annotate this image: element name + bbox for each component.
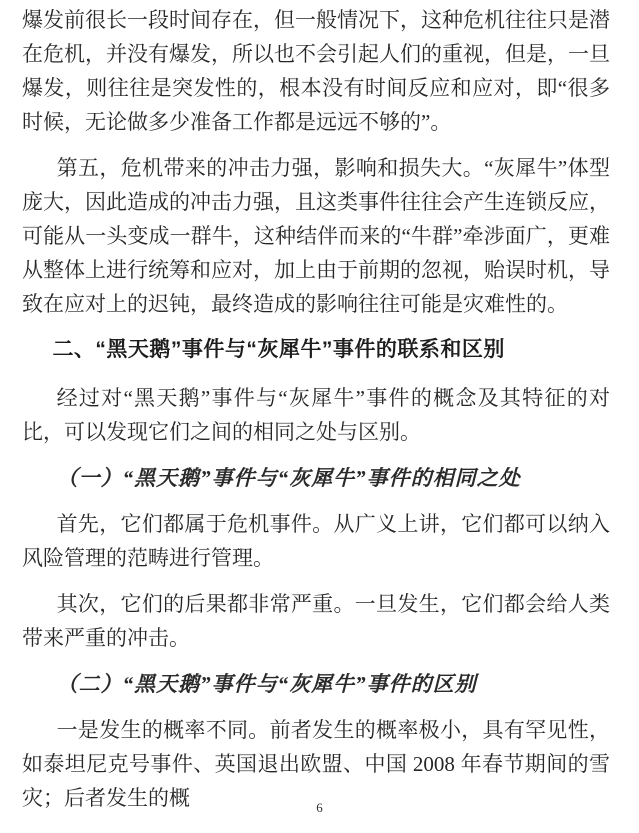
paragraph-comparison-intro: 经过对“黑天鹅”事件与“灰犀牛”事件的概念及其特征的对比，可以发现它们之间的相同… (22, 381, 610, 449)
paragraph-fifth-point: 第五，危机带来的冲击力强，影响和损失大。“灰犀牛”体型庞大，因此造成的冲击力强，… (22, 151, 610, 321)
section-heading-connections-differences: 二、“黑天鹅”事件与“灰犀牛”事件的联系和区别 (22, 333, 610, 367)
document-page: 爆发前很长一段时间存在，但一般情况下，这种危机往往只是潜在危机，并没有爆发，所以… (0, 0, 639, 833)
paragraph-similarity-second: 其次，它们的后果都非常严重。一旦发生，它们都会给人类带来严重的冲击。 (22, 587, 610, 655)
paragraph-continuation: 爆发前很长一段时间存在，但一般情况下，这种危机往往只是潜在危机，并没有爆发，所以… (22, 3, 610, 139)
subsection-heading-differences: （二）“黑天鹅”事件与“灰犀牛”事件的区别 (22, 667, 610, 701)
subsection-heading-similarities: （一）“黑天鹅”事件与“灰犀牛”事件的相同之处 (22, 461, 610, 495)
page-number: 6 (0, 800, 639, 816)
paragraph-similarity-first: 首先，它们都属于危机事件。从广义上讲，它们都可以纳入风险管理的范畴进行管理。 (22, 507, 610, 575)
